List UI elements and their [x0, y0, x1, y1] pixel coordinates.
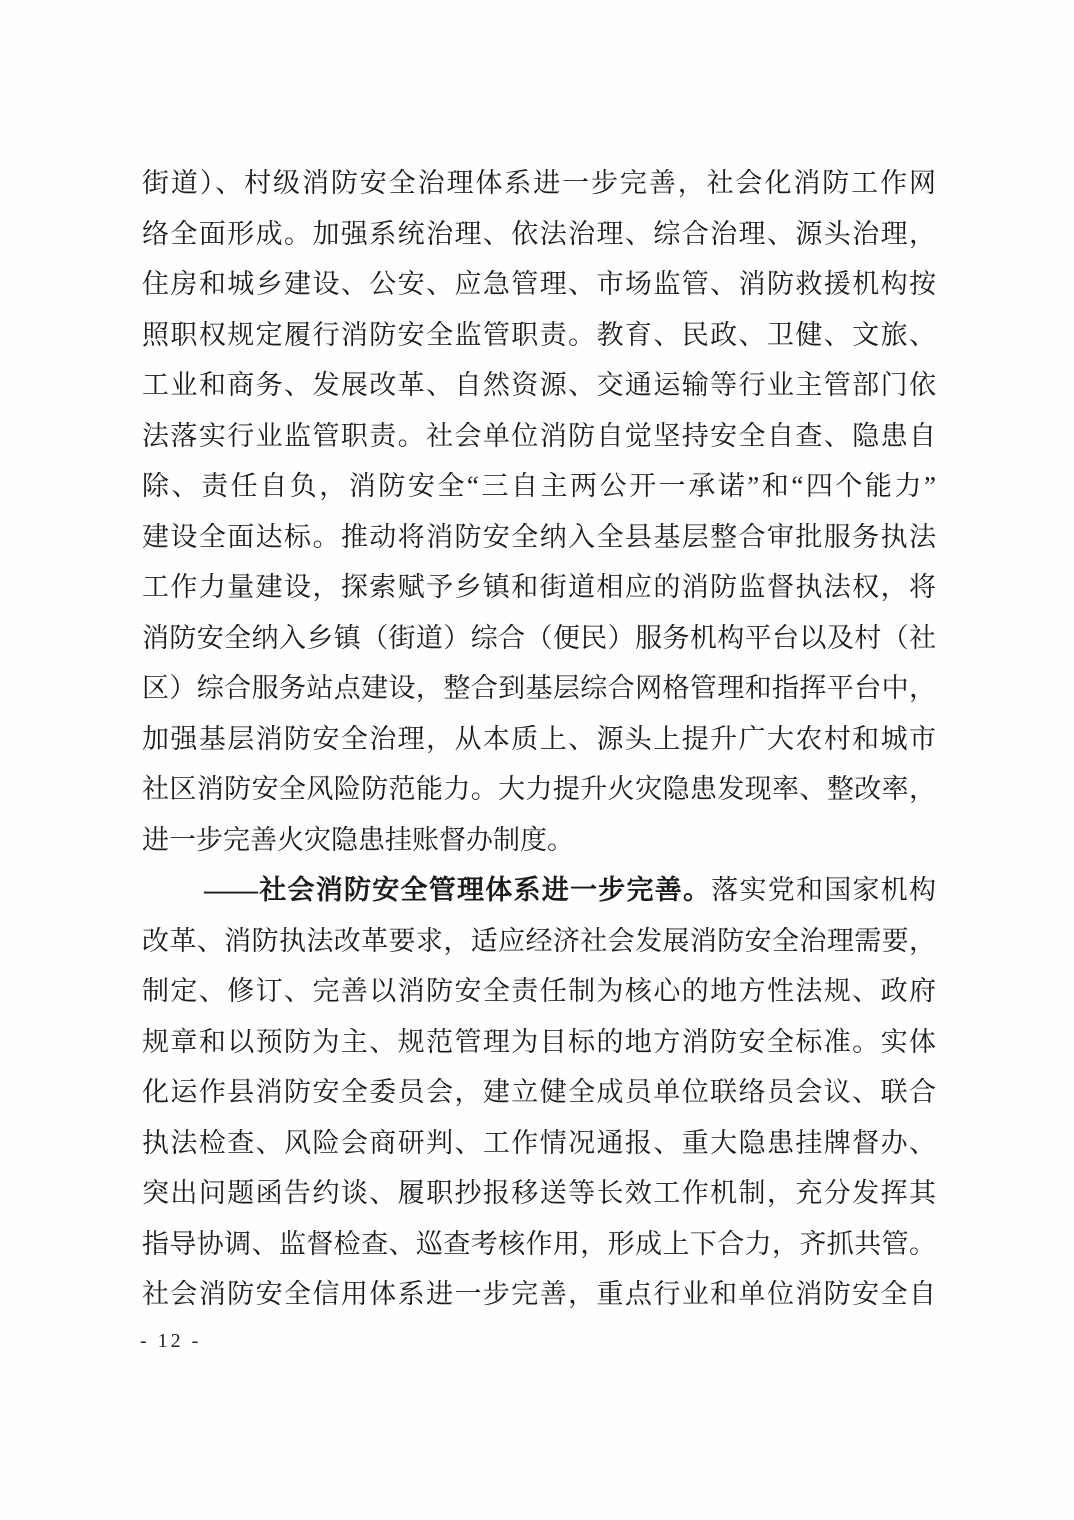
body-line: 络全面形成。加强系统治理、依法治理、综合治理、源头治理，: [142, 209, 936, 260]
body-line: 加强基层消防安全治理，从本质上、源头上提升广大农村和城市: [142, 714, 936, 765]
document-page: 街道）、村级消防安全治理体系进一步完善，社会化消防工作网 络全面形成。加强系统治…: [0, 0, 1074, 1520]
body-text-block: 街道）、村级消防安全治理体系进一步完善，社会化消防工作网 络全面形成。加强系统治…: [142, 158, 936, 1320]
body-line: 法落实行业监管职责。社会单位消防自觉坚持安全自查、隐患自: [142, 411, 936, 462]
body-line: 制定、修订、完善以消防安全责任制为核心的地方性法规、政府: [142, 966, 936, 1017]
body-line: 化运作县消防安全委员会，建立健全成员单位联络员会议、联合: [142, 1067, 936, 1118]
body-line: 照职权规定履行消防安全监管职责。教育、民政、卫健、文旅、: [142, 310, 936, 361]
body-line: 指导协调、监督检查、巡查考核作用，形成上下合力，齐抓共管。: [142, 1219, 936, 1270]
body-line: 规章和以预防为主、规范管理为目标的地方消防安全标准。实体: [142, 1017, 936, 1068]
body-line: 执法检查、风险会商研判、工作情况通报、重大隐患挂牌督办、: [142, 1118, 936, 1169]
body-line: 除、责任自负，消防安全“三自主两公开一承诺”和“四个能力”: [142, 461, 936, 512]
body-line: 建设全面达标。推动将消防安全纳入全县基层整合审批服务执法: [142, 512, 936, 563]
body-line: 突出问题函告约谈、履职抄报移送等长效工作机制，充分发挥其: [142, 1168, 936, 1219]
page-number: - 12 -: [140, 1330, 201, 1353]
body-line: 街道）、村级消防安全治理体系进一步完善，社会化消防工作网: [142, 158, 936, 209]
body-line-paragraph-end: 进一步完善火灾隐患挂账督办制度。: [142, 815, 936, 866]
body-line: 工作力量建设，探索赋予乡镇和街道相应的消防监督执法权，将: [142, 562, 936, 613]
body-line: 社会消防安全信用体系进一步完善，重点行业和单位消防安全自: [142, 1269, 936, 1320]
body-line: 改革、消防执法改革要求，适应经济社会发展消防安全治理需要，: [142, 916, 936, 967]
inline-heading-continuation: 落实党和国家机构: [711, 875, 936, 905]
body-line: 工业和商务、发展改革、自然资源、交通运输等行业主管部门依: [142, 360, 936, 411]
inline-heading-bold: ——社会消防安全管理体系进一步完善。: [204, 875, 711, 905]
body-line: 住房和城乡建设、公安、应急管理、市场监管、消防救援机构按: [142, 259, 936, 310]
body-line-with-heading: ——社会消防安全管理体系进一步完善。落实党和国家机构: [142, 865, 936, 916]
body-line: 社区消防安全风险防范能力。大力提升火灾隐患发现率、整改率，: [142, 764, 936, 815]
body-line: 区）综合服务站点建设，整合到基层综合网格管理和指挥平台中，: [142, 663, 936, 714]
body-line: 消防安全纳入乡镇（街道）综合（便民）服务机构平台以及村（社: [142, 613, 936, 664]
